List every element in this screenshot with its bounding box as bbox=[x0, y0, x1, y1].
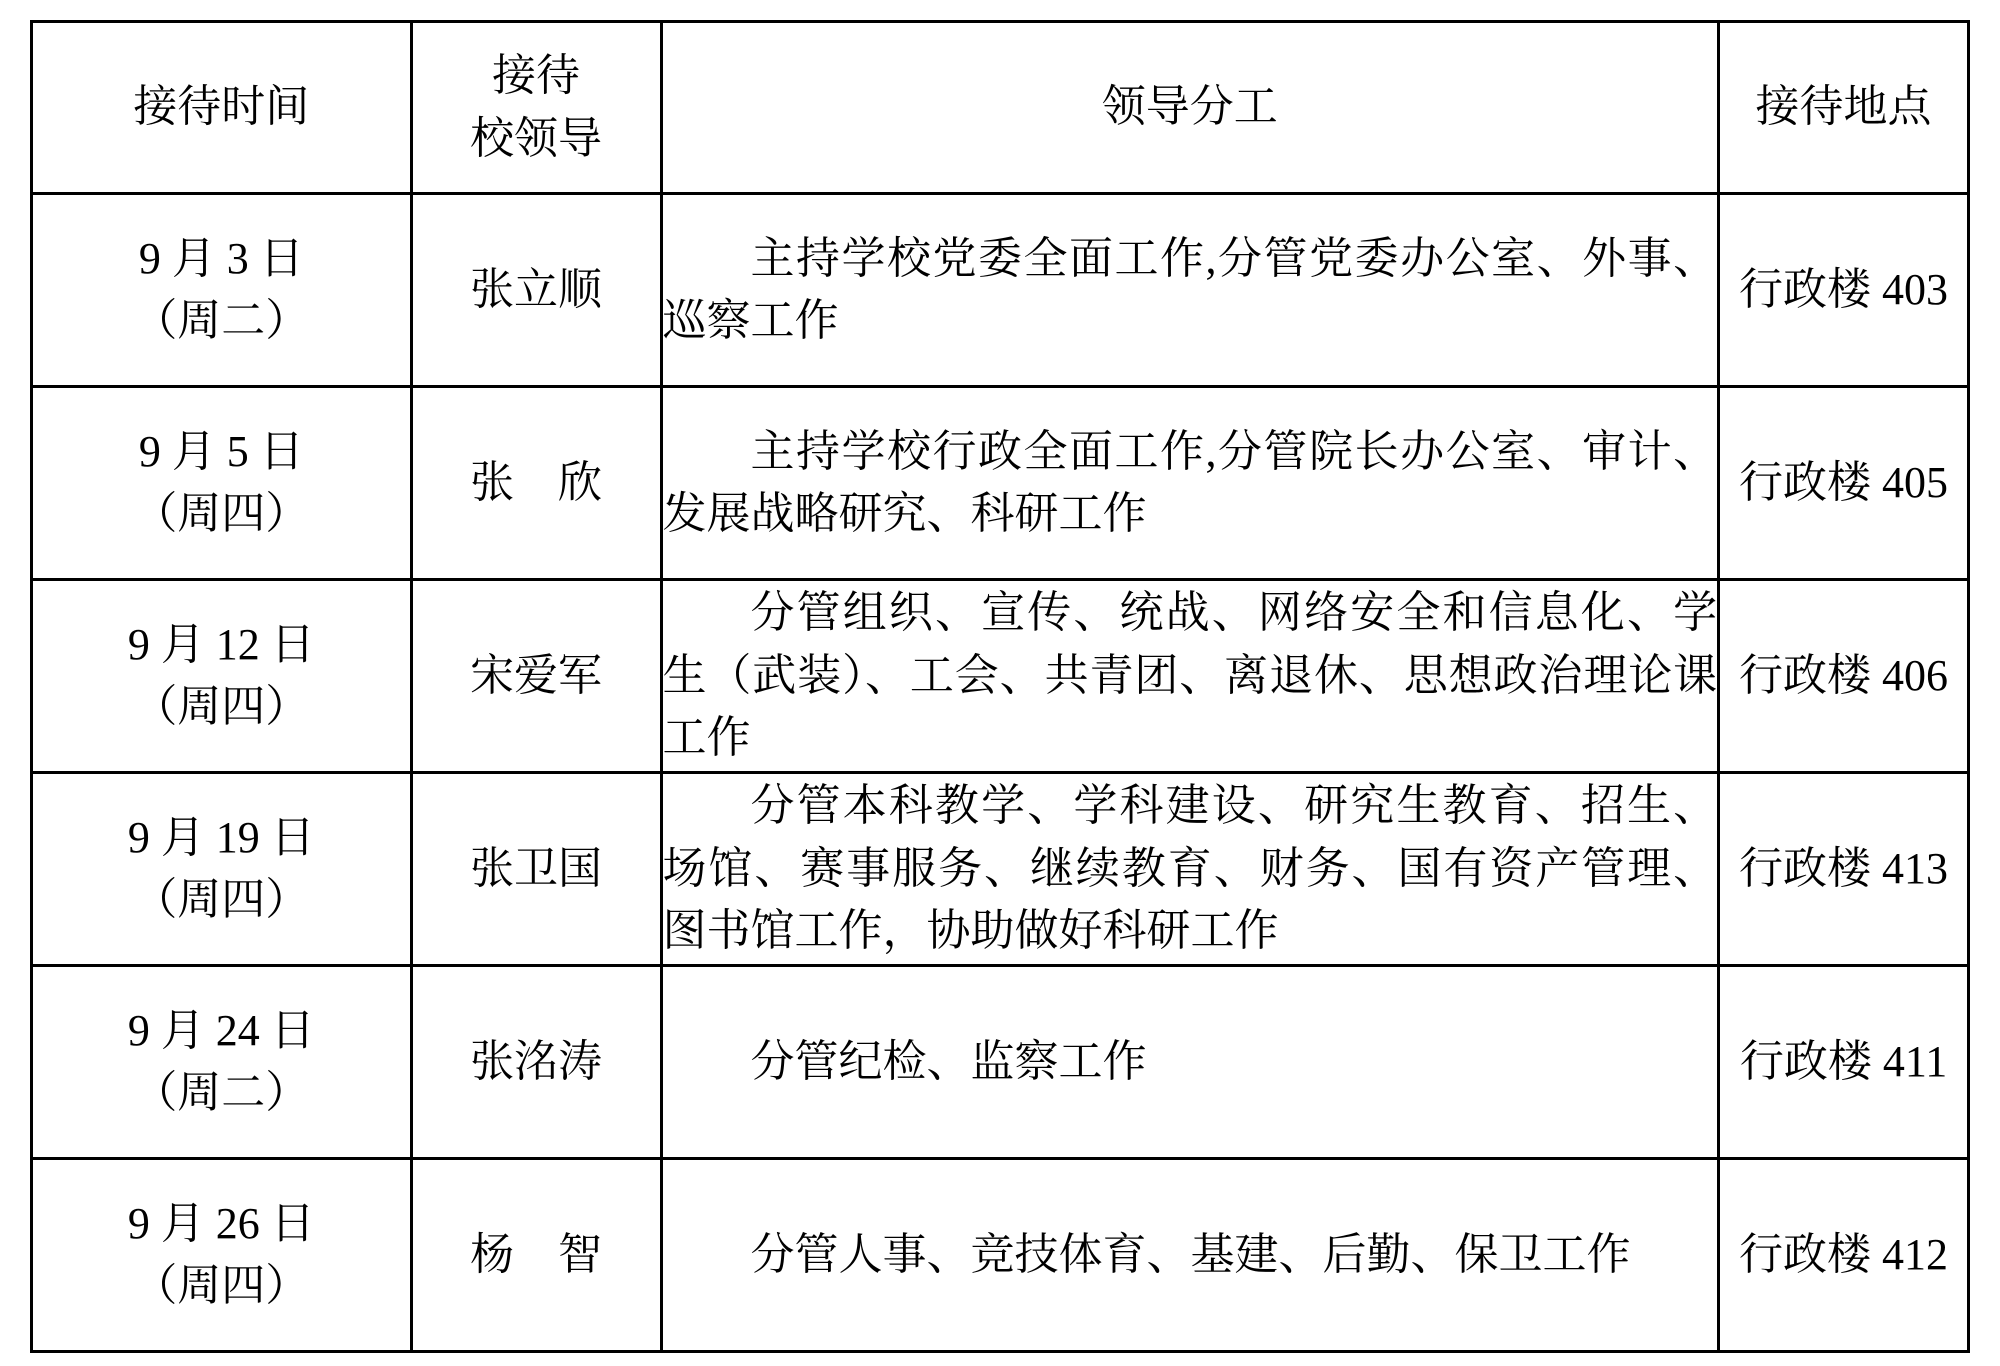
date-text: 9 月 3 日 bbox=[33, 228, 410, 290]
cell-leader: 张卫国 bbox=[411, 773, 661, 966]
table-row: 9 月 19 日 （周四） 张卫国 分管本科教学、学科建设、研究生教育、招生、场… bbox=[32, 773, 1969, 966]
cell-duty: 主持学校党委全面工作,分管党委办公室、外事、巡察工作 bbox=[661, 194, 1719, 387]
header-reception-leader-line2: 校领导 bbox=[413, 108, 660, 170]
date-text: 9 月 19 日 bbox=[33, 807, 410, 869]
cell-location: 行政楼 405 bbox=[1719, 387, 1969, 580]
cell-date: 9 月 12 日 （周四） bbox=[32, 580, 412, 773]
cell-location: 行政楼 412 bbox=[1719, 1159, 1969, 1352]
weekday-text: （周四） bbox=[33, 1255, 410, 1317]
duty-text: 主持学校党委全面工作,分管党委办公室、外事、巡察工作 bbox=[663, 228, 1718, 353]
header-reception-leader: 接待 校领导 bbox=[411, 22, 661, 194]
table-row: 9 月 3 日 （周二） 张立顺 主持学校党委全面工作,分管党委办公室、外事、巡… bbox=[32, 194, 1969, 387]
weekday-text: （周二） bbox=[33, 1062, 410, 1124]
duty-text: 分管组织、宣传、统战、网络安全和信息化、学生（武装）、工会、共青团、离退休、思想… bbox=[663, 582, 1718, 769]
date-text: 9 月 5 日 bbox=[33, 421, 410, 483]
duty-text: 分管本科教学、学科建设、研究生教育、招生、场馆、赛事服务、继续教育、财务、国有资… bbox=[663, 775, 1718, 962]
cell-location: 行政楼 411 bbox=[1719, 966, 1969, 1159]
cell-leader: 张 欣 bbox=[411, 387, 661, 580]
header-leader-duties: 领导分工 bbox=[661, 22, 1719, 194]
date-text: 9 月 26 日 bbox=[33, 1193, 410, 1255]
table-row: 9 月 12 日 （周四） 宋爱军 分管组织、宣传、统战、网络安全和信息化、学生… bbox=[32, 580, 1969, 773]
cell-date: 9 月 3 日 （周二） bbox=[32, 194, 412, 387]
duty-text: 分管人事、竞技体育、基建、后勤、保卫工作 bbox=[663, 1224, 1718, 1286]
header-reception-leader-line1: 接待 bbox=[413, 45, 660, 107]
duty-text: 分管纪检、监察工作 bbox=[663, 1031, 1718, 1093]
cell-leader: 张立顺 bbox=[411, 194, 661, 387]
cell-date: 9 月 24 日 （周二） bbox=[32, 966, 412, 1159]
date-text: 9 月 12 日 bbox=[33, 614, 410, 676]
weekday-text: （周四） bbox=[33, 676, 410, 738]
cell-duty: 分管人事、竞技体育、基建、后勤、保卫工作 bbox=[661, 1159, 1719, 1352]
weekday-text: （周四） bbox=[33, 869, 410, 931]
header-reception-location: 接待地点 bbox=[1719, 22, 1969, 194]
cell-date: 9 月 5 日 （周四） bbox=[32, 387, 412, 580]
cell-duty: 主持学校行政全面工作,分管院长办公室、审计、发展战略研究、科研工作 bbox=[661, 387, 1719, 580]
cell-leader: 宋爱军 bbox=[411, 580, 661, 773]
weekday-text: （周四） bbox=[33, 483, 410, 545]
table-row: 9 月 26 日 （周四） 杨 智 分管人事、竞技体育、基建、后勤、保卫工作 行… bbox=[32, 1159, 1969, 1352]
weekday-text: （周二） bbox=[33, 290, 410, 352]
duty-text: 主持学校行政全面工作,分管院长办公室、审计、发展战略研究、科研工作 bbox=[663, 421, 1718, 546]
table-row: 9 月 24 日 （周二） 张洺涛 分管纪检、监察工作 行政楼 411 bbox=[32, 966, 1969, 1159]
reception-schedule-table: 接待时间 接待 校领导 领导分工 接待地点 9 月 3 日 （周二） 张立顺 主… bbox=[30, 20, 1970, 1353]
table-row: 9 月 5 日 （周四） 张 欣 主持学校行政全面工作,分管院长办公室、审计、发… bbox=[32, 387, 1969, 580]
cell-location: 行政楼 413 bbox=[1719, 773, 1969, 966]
header-reception-time: 接待时间 bbox=[32, 22, 412, 194]
cell-location: 行政楼 403 bbox=[1719, 194, 1969, 387]
header-row: 接待时间 接待 校领导 领导分工 接待地点 bbox=[32, 22, 1969, 194]
cell-location: 行政楼 406 bbox=[1719, 580, 1969, 773]
cell-leader: 杨 智 bbox=[411, 1159, 661, 1352]
cell-duty: 分管本科教学、学科建设、研究生教育、招生、场馆、赛事服务、继续教育、财务、国有资… bbox=[661, 773, 1719, 966]
cell-leader: 张洺涛 bbox=[411, 966, 661, 1159]
cell-date: 9 月 26 日 （周四） bbox=[32, 1159, 412, 1352]
cell-duty: 分管纪检、监察工作 bbox=[661, 966, 1719, 1159]
cell-date: 9 月 19 日 （周四） bbox=[32, 773, 412, 966]
cell-duty: 分管组织、宣传、统战、网络安全和信息化、学生（武装）、工会、共青团、离退休、思想… bbox=[661, 580, 1719, 773]
date-text: 9 月 24 日 bbox=[33, 1000, 410, 1062]
